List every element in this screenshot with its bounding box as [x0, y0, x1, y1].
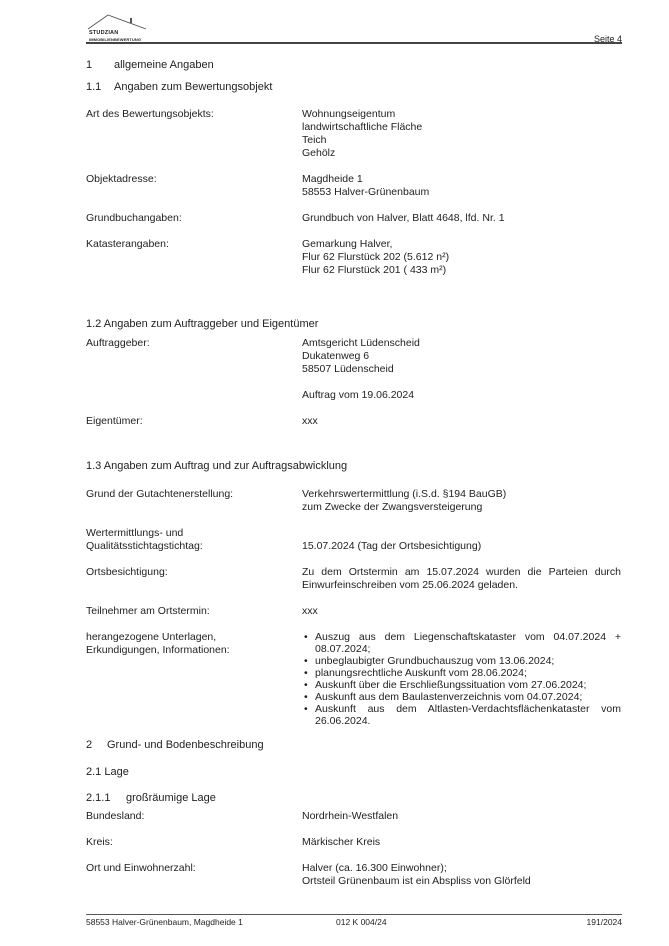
owner-label: Eigentümer: [86, 415, 143, 428]
logo-name: STUDZIAN [89, 30, 118, 36]
town-population-value: Halver (ca. 16.300 Einwohner); Ortsteil … [302, 862, 531, 888]
footer-case-number: 012 K 004/24 [336, 917, 387, 927]
land-register-label: Grundbuchangaben: [86, 212, 182, 225]
valuation-date-label: Wertermittlungs- und Qualitätsstichtagst… [86, 527, 203, 553]
section-1-2-heading: 1.2 Angaben zum Auftraggeber und Eigentü… [86, 318, 318, 330]
district-value: Märkischer Kreis [302, 836, 380, 849]
object-address-value: Magdheide 1 58553 Halver-Grünenbaum [302, 173, 429, 199]
section-1-heading: 1allgemeine Angaben [86, 59, 214, 71]
section-2-1-heading: 2.1 Lage [86, 766, 129, 778]
participants-value: xxx [302, 605, 318, 618]
header-divider [86, 42, 622, 44]
section-1-1-heading: 1.1Angaben zum Bewertungsobjekt [86, 81, 272, 93]
company-logo: STUDZIAN IMMOBILIENBEWERTUNG [86, 10, 156, 40]
footer-report-number: 191/2024 [587, 917, 622, 927]
list-item: planungsrechtliche Auskunft vom 28.06.20… [302, 667, 621, 679]
object-type-value: Wohnungseigentum landwirtschaftliche Flä… [302, 108, 422, 160]
district-label: Kreis: [86, 836, 113, 849]
section-1-3-heading: 1.3 Angaben zum Auftrag und zur Auftrags… [86, 460, 347, 472]
appraisal-reason-label: Grund der Gutachtenerstellung: [86, 488, 233, 501]
cadastre-label: Katasterangaben: [86, 238, 169, 251]
page-number: Seite 4 [594, 34, 622, 44]
order-date-value: Auftrag vom 19.06.2024 [302, 389, 414, 402]
list-item: Auszug aus dem Liegenschaftskataster vom… [302, 631, 621, 655]
land-register-value: Grundbuch von Halver, Blatt 4648, lfd. N… [302, 212, 505, 225]
section-2-heading: 2Grund- und Bodenbeschreibung [86, 739, 264, 751]
list-item: Auskunft aus dem Altlasten-Verdachtsfläc… [302, 703, 621, 727]
section-2-1-1-heading: 2.1.1großräumige Lage [86, 792, 216, 804]
footer-address: 58553 Halver-Grünenbaum, Magdheide 1 [86, 917, 243, 927]
owner-value: xxx [302, 415, 318, 428]
client-label: Auftraggeber: [86, 337, 150, 350]
participants-label: Teilnehmer am Ortstermin: [86, 605, 210, 618]
list-item: Auskunft aus dem Baulastenverzeichnis vo… [302, 691, 621, 703]
cadastre-value: Gemarkung Halver, Flur 62 Flurstück 202 … [302, 238, 449, 277]
site-visit-label: Ortsbesichtigung: [86, 566, 168, 579]
documents-list: Auszug aus dem Liegenschaftskataster vom… [302, 631, 621, 727]
list-item: unbeglaubigter Grundbuchauszug vom 13.06… [302, 655, 621, 667]
valuation-date-value: 15.07.2024 (Tag der Ortsbesichtigung) [302, 540, 481, 553]
object-type-label: Art des Bewertungsobjekts: [86, 108, 214, 121]
federal-state-label: Bundesland: [86, 810, 144, 823]
client-value: Amtsgericht Lüdenscheid Dukatenweg 6 585… [302, 337, 420, 376]
federal-state-value: Nordrhein-Westfalen [302, 810, 398, 823]
list-item: Auskunft über die Erschließungssituation… [302, 679, 621, 691]
town-population-label: Ort und Einwohnerzahl: [86, 862, 196, 875]
appraisal-reason-value: Verkehrswertermittlung (i.S.d. §194 BauG… [302, 488, 506, 514]
object-address-label: Objektadresse: [86, 173, 157, 186]
documents-label: herangezogene Unterlagen, Erkundigungen,… [86, 631, 230, 657]
house-roof-icon [86, 10, 156, 32]
footer-divider [86, 914, 622, 915]
site-visit-value: Zu dem Ortstermin am 15.07.2024 wurden d… [302, 566, 621, 592]
